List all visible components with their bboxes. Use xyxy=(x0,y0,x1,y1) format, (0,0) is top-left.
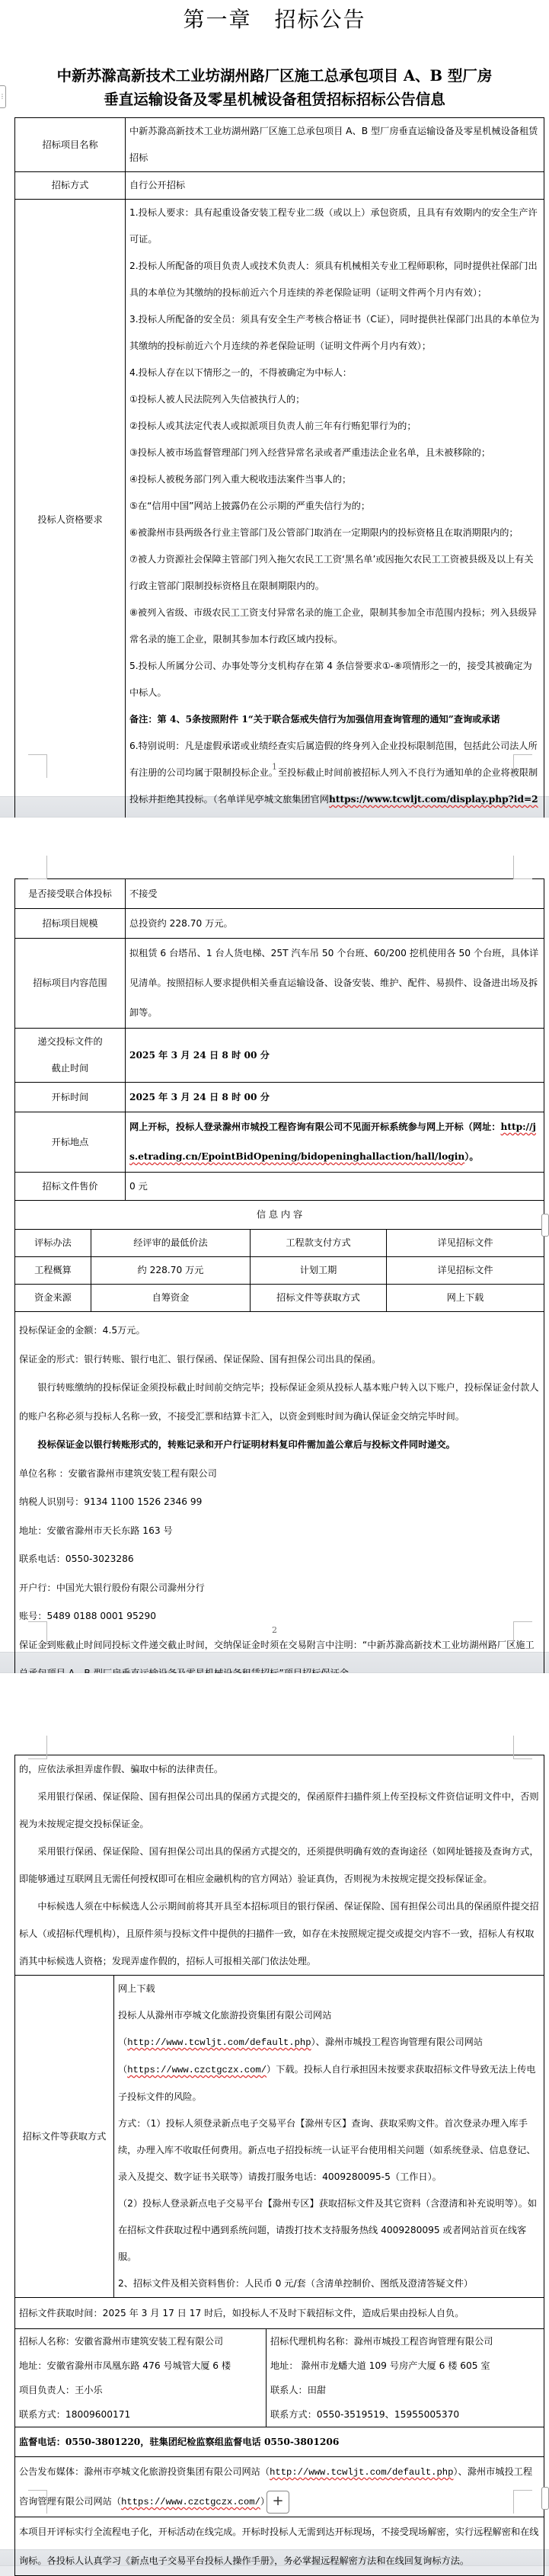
czctgczx-link[interactable]: https://www.czctgczx.com/ xyxy=(127,2065,267,2075)
row-supervision: 监督电话：0550-3801220，驻集团纪检监察组监督电话 0550-3801… xyxy=(15,2427,544,2457)
deposit-bank: 开户行：中国光大银行股份有限公司滁州分行 xyxy=(19,1574,540,1603)
row-electronic-note: 本项目开评标实行全流程电子化，开标活动在线完成。开标时投标人无需到达开标现场，不… xyxy=(15,2517,544,2576)
open-place-text: 网上开标，投标人登录滁州市城投工程咨询有限公司不见面开标系统参与网上开标（网址： xyxy=(129,1122,501,1132)
info-row: 资金来源 自筹资金 招标文件等获取方式 网上下载 xyxy=(15,1285,544,1312)
page-corner-mark xyxy=(28,856,47,879)
acquire-site-mid: 、滁州市城投工程咨询管理有限公司网站 xyxy=(316,2037,483,2047)
drag-handle-right[interactable] xyxy=(541,2487,549,2510)
tenderer-name: 招标人名称：安徽省滁州市建筑安装工程有限公司 xyxy=(19,2329,262,2354)
drag-handle-right[interactable] xyxy=(541,1214,549,1237)
acquire-time: 招标文件获取时间：2025 年 3 月 17 日 17 时后，如投标人不及时下载… xyxy=(15,2298,544,2329)
acquire-sites: 投标人从滁州市亭城文化旅游投资集团有限公司网站（http://www.tcwlj… xyxy=(118,2002,540,2110)
row-acquire: 招标文件等获取方式 网上下载 投标人从滁州市亭城文化旅游投资集团有限公司网站（h… xyxy=(15,1976,544,2298)
qualification-label: 投标人资格要求 xyxy=(15,200,126,840)
info-cell: 资金来源 xyxy=(15,1285,91,1312)
scope-label: 招标项目内容范围 xyxy=(15,939,126,1029)
qualification-item: ⑤在“信用中国”网站上披露仍在公示期的严重失信行为的； xyxy=(129,493,540,520)
qualification-item: 1.投标人要求：具有起重设备安装工程专业二级（或以上）承包资质，且具有有效期内的… xyxy=(129,200,540,253)
row-open-place: 开标地点 网上开标，投标人登录滁州市城投工程咨询有限公司不见面开标系统参与网上开… xyxy=(15,1112,544,1173)
qualification-item: ④投标人被税务部门列入重大税收违法案件当事人的； xyxy=(129,466,540,493)
qualification-item: ①投标人被人民法院列入失信被执行人的； xyxy=(129,386,540,413)
qualification-item: ②投标人或其法定代表人或拟派项目负责人前三年有行贿犯罪行为的； xyxy=(129,413,540,440)
qualification-item: ⑦被人力资源社会保障主管部门列入拖欠农民工工资‘黑名单’或因拖欠农民工工资被县级… xyxy=(129,546,540,600)
tender-info-table-1: 招标项目名称 中新苏滁高新技术工业坊湖州路厂区施工总承包项目 A、B 型厂房垂直… xyxy=(14,117,544,840)
deposit-tax-id: 纳税人识别号：9134 1100 1526 2346 99 xyxy=(19,1488,540,1517)
row-project-name: 招标项目名称 中新苏滁高新技术工业坊湖州路厂区施工总承包项目 A、B 型厂房垂直… xyxy=(15,118,544,172)
tenderer-info: 招标人名称：安徽省滁州市建筑安装工程有限公司 地址：安徽省滁州市凤凰东路 476… xyxy=(15,2329,267,2427)
media-link-czctgczx[interactable]: https://www.czctgczx.com/ xyxy=(121,2497,260,2507)
deposit-unit-name: 单位名称 ：安徽省滁州市建筑安装工程有限公司 xyxy=(19,1460,540,1489)
project-name-label: 招标项目名称 xyxy=(15,118,126,172)
deposit-continued: 的，应依法承担弄虚作假、骗取中标的法律责任。 采用银行保函、保证保险、国有担保公… xyxy=(15,1755,544,1976)
acquire-method-1: 方式：（1）投标人须登录新点电子交易平台【滁州专区】查询、获取采购文件。首次登录… xyxy=(118,2110,540,2190)
page-number: 2 xyxy=(0,1625,549,1635)
info-cell: 工程款支付方式 xyxy=(251,1230,387,1257)
deadline-value: 2025 年 3 月 24 日 8 时 00 分 xyxy=(126,1029,544,1083)
deposit-tail: 的，应依法承担弄虚作假、骗取中标的法律责任。 xyxy=(19,1755,540,1783)
info-row: 评标办法 经评审的最低价法 工程款支付方式 详见招标文件 xyxy=(15,1230,544,1257)
open-time-value: 2025 年 3 月 24 日 8 时 00 分 xyxy=(126,1083,544,1112)
agency-address: 地址： 滁州市龙蟠大道 109 号房产大厦 6 楼 605 室 xyxy=(270,2354,540,2378)
info-header: 信 息 内 容 xyxy=(15,1201,544,1230)
document-page-1: ⋮ 第一章 招标公告 中新苏滁高新技术工业坊湖州路厂区施工总承包项目 A、B 型… xyxy=(0,0,549,796)
price-value: 0 元 xyxy=(126,1173,544,1201)
info-cell: 招标文件等获取方式 xyxy=(251,1285,387,1312)
page-corner-mark xyxy=(28,2490,47,2514)
info-cell: 计划工期 xyxy=(251,1257,387,1285)
scale-value: 总投资约 228.70 万元。 xyxy=(126,909,544,939)
deposit-address: 地址：安徽省滁州市天长东路 163 号 xyxy=(19,1517,540,1546)
qualification-item: 5.投标人所属分公司、办事处等分支机构存在第 4 条信誉要求①-⑧项情形之一的，… xyxy=(129,653,540,706)
tenderer-contact: 联系方式：18009600171 xyxy=(19,2402,262,2427)
row-qualification: 投标人资格要求 1.投标人要求：具有起重设备安装工程专业二级（或以上）承包资质，… xyxy=(15,200,544,840)
agency-contact-person: 联系人：田甜 xyxy=(270,2378,540,2402)
qualification-item: 4.投标人存在以下情形之一的，不得被确定为中标人： xyxy=(129,360,540,386)
open-place-label: 开标地点 xyxy=(15,1112,126,1173)
row-open-time: 开标时间 2025 年 3 月 24 日 8 时 00 分 xyxy=(15,1083,544,1112)
agency-contact: 联系方式：0550-3519519、15955005370 xyxy=(270,2402,540,2427)
acquire-value: 网上下载 投标人从滁州市亭城文化旅游投资集团有限公司网站（http://www.… xyxy=(114,1976,544,2298)
qualification-item: 2.投标人所配备的项目负责人或技术负责人：须具有机械相关专业工程师职称，同时提供… xyxy=(129,253,540,306)
media-text: 公告发布媒体：滁州市亭城文化旅游投资集团有限公司网站（ xyxy=(19,2466,270,2477)
acquire-download: 网上下载 xyxy=(118,1976,540,2002)
media-link-tcwljt[interactable]: http://www.tcwljt.com/default.php xyxy=(270,2467,453,2478)
row-scale: 招标项目规模 总投资约 228.70 万元。 xyxy=(15,909,544,939)
open-place-value: 网上开标，投标人登录滁州市城投工程咨询有限公司不见面开标系统参与网上开标（网址：… xyxy=(126,1112,544,1173)
open-time-label: 开标时间 xyxy=(15,1083,126,1112)
row-contacts: 招标人名称：安徽省滁州市建筑安装工程有限公司 地址：安徽省滁州市凤凰东路 476… xyxy=(15,2329,544,2427)
info-cell: 详见招标文件 xyxy=(387,1257,544,1285)
add-row-button[interactable]: + xyxy=(267,2491,289,2514)
row-deadline: 递交投标文件的 截止时间 2025 年 3 月 24 日 8 时 00 分 xyxy=(15,1029,544,1083)
deadline-label-line1: 递交投标文件的 xyxy=(19,1029,121,1055)
deadline-label: 递交投标文件的 截止时间 xyxy=(15,1029,126,1083)
method-label: 招标方式 xyxy=(15,172,126,200)
deadline-label-line2: 截止时间 xyxy=(19,1055,121,1082)
qualification-note: 备注：第 4、5条按照附件 1“关于联合惩戒失信行为加强信用查询管理的通知”查询… xyxy=(129,706,540,733)
consortium-value: 不接受 xyxy=(126,879,544,909)
agency-info: 招标代理机构名称：滁州市城投工程咨询管理有限公司 地址： 滁州市龙蟠大道 109… xyxy=(267,2329,544,2427)
scope-value: 拟租赁 6 台塔吊、1 台人货电梯、25T 汽车吊 50 个台班、60/200 … xyxy=(126,939,544,1029)
info-cell: 详见招标文件 xyxy=(387,1230,544,1257)
agency-name: 招标代理机构名称：滁州市城投工程咨询管理有限公司 xyxy=(270,2329,540,2354)
page-corner-mark xyxy=(28,1736,47,1759)
row-consortium: 是否接受联合体投标 不接受 xyxy=(15,879,544,909)
deposit-cont-row: 的，应依法承担弄虚作假、骗取中标的法律责任。 采用银行保函、保证保险、国有担保公… xyxy=(15,1755,544,1976)
row-scope: 招标项目内容范围 拟租赁 6 台塔吊、1 台人货电梯、25T 汽车吊 50 个台… xyxy=(15,939,544,1029)
row-method: 招标方式 自行公开招标 xyxy=(15,172,544,200)
deposit-scan-rule: 采用银行保函、保证保险、国有担保公司出具的保函方式提交的，保函原件扫描件须上传至… xyxy=(19,1783,540,1838)
acquire-price: 2、招标文件及相关资料售价：人民币 0 元/套（含清单控制价、图纸及澄清答疑文件… xyxy=(118,2270,540,2297)
announcement-title: 中新苏滁高新技术工业坊湖州路厂区施工总承包项目 A、B 型厂房 垂直运输设备及零… xyxy=(0,64,549,111)
acquire-method-2: （2）投标人登录新点电子交易平台【滁州专区】获取招标文件及其它资料（含澄清和补充… xyxy=(118,2190,540,2270)
page-corner-mark xyxy=(513,856,532,879)
qualification-item: ⑥被滁州市县两级各行业主管部门及公管部门取消在一定期限内的投标资格且在取消期限内… xyxy=(129,520,540,546)
price-label: 招标文件售价 xyxy=(15,1173,126,1201)
announcement-title-line2: 垂直运输设备及零星机械设备租赁招标招标公告信息 xyxy=(0,88,549,111)
deposit-verify-rule: 采用银行保函、保证保险、国有担保公司出具的保函方式提交的，还须提供明确有效的查询… xyxy=(19,1838,540,1893)
qualification-item: ③投标人被市场监督管理部门列入经营异常名录或者严重违法企业名单，且未被移除的； xyxy=(129,440,540,466)
tender-info-table-3: 的，应依法承担弄虚作假、骗取中标的法律责任。 采用银行保函、保证保险、国有担保公… xyxy=(14,1755,544,2576)
tenderer-manager: 项目负责人：王小乐 xyxy=(19,2378,262,2402)
info-row: 工程概算 约 228.70 万元 计划工期 详见招标文件 xyxy=(15,1257,544,1285)
method-value: 自行公开招标 xyxy=(126,172,544,200)
deposit-original-rule: 中标候选人须在中标候选人公示期间前将其开具至本招标项目的银行保函、保证保险、国有… xyxy=(19,1893,540,1975)
tcwljt-link[interactable]: http://www.tcwljt.com/default.php xyxy=(127,2037,311,2048)
project-name-value: 中新苏滁高新技术工业坊湖州路厂区施工总承包项目 A、B 型厂房垂直运输设备及零星… xyxy=(126,118,544,172)
acquire-label: 招标文件等获取方式 xyxy=(15,1976,114,2298)
supervision-phone: 监督电话：0550-3801220，驻集团纪检监察组监督电话 0550-3801… xyxy=(15,2427,544,2457)
scale-label: 招标项目规模 xyxy=(15,909,126,939)
tenderer-address: 地址：安徽省滁州市凤凰东路 476 号城管大厦 6 楼 xyxy=(19,2354,262,2378)
page-corner-mark xyxy=(513,2490,532,2514)
announcement-title-line1: 中新苏滁高新技术工业坊湖州路厂区施工总承包项目 A、B 型厂房 xyxy=(0,64,549,88)
deposit-bold-rule: 投标保证金以银行转账形式的，转账记录和开户行证明材料复印件需加盖公章后与投标文件… xyxy=(19,1431,540,1460)
electronic-note: 本项目开评标实行全流程电子化，开标活动在线完成。开标时投标人无需到达开标现场，不… xyxy=(15,2517,544,2576)
chapter-title: 第一章 招标公告 xyxy=(0,0,549,41)
acquire-site-intro: 投标人从滁州市亭城文化旅游投资集团有限公司网站 xyxy=(118,2010,331,2021)
deposit-phone: 联系电话：0550-3023286 xyxy=(19,1545,540,1574)
open-place-suffix: ）。 xyxy=(464,1151,478,1162)
qualification-value: 1.投标人要求：具有起重设备安装工程专业二级（或以上）承包资质，且具有有效期内的… xyxy=(126,200,544,840)
info-cell: 经评审的最低价法 xyxy=(91,1230,251,1257)
deposit-transfer-rule: 银行转账缴纳的投标保证金须投标截止时间前交纳完毕；投标保证金须从投标人基本账户转… xyxy=(19,1374,540,1431)
info-cell: 评标办法 xyxy=(15,1230,91,1257)
page-number: 1 xyxy=(0,762,549,772)
row-price: 招标文件售价 0 元 xyxy=(15,1173,544,1201)
qualification-item: 3.投标人所配备的安全员：须具有安全生产考核合格证书（C证），同时提供社保部门出… xyxy=(129,306,540,360)
row-acquire-time: 招标文件获取时间：2025 年 3 月 17 日 17 时后，如投标人不及时下载… xyxy=(15,2298,544,2329)
info-header-row: 信 息 内 容 xyxy=(15,1201,544,1230)
consortium-label: 是否接受联合体投标 xyxy=(15,879,126,909)
deposit-amount: 投标保证金的金额：4.5万元。 xyxy=(19,1317,540,1346)
info-cell: 约 228.70 万元 xyxy=(91,1257,251,1285)
tender-info-table-2: 是否接受联合体投标 不接受 招标项目规模 总投资约 228.70 万元。 招标项… xyxy=(14,878,544,1201)
info-cell: 网上下载 xyxy=(387,1285,544,1312)
drag-handle-left[interactable]: ⋮ xyxy=(0,85,6,108)
document-page-2: 是否接受联合体投标 不接受 招标项目规模 总投资约 228.70 万元。 招标项… xyxy=(0,818,549,1652)
info-cell: 工程概算 xyxy=(15,1257,91,1285)
deposit-form: 保证金的形式：银行转账、银行电汇、银行保函、保证保险、国有担保公司出具的保函。 xyxy=(19,1346,540,1374)
qualification-item: ⑧被列入省级、市级农民工工资支付异常名录的施工企业，限制其参加全市范围内投标；列… xyxy=(129,600,540,653)
page-corner-mark xyxy=(513,1736,532,1759)
info-cell: 自筹资金 xyxy=(91,1285,251,1312)
document-page-3: 的，应依法承担弄虚作假、骗取中标的法律责任。 采用银行保函、保证保险、国有担保公… xyxy=(0,1673,549,2549)
